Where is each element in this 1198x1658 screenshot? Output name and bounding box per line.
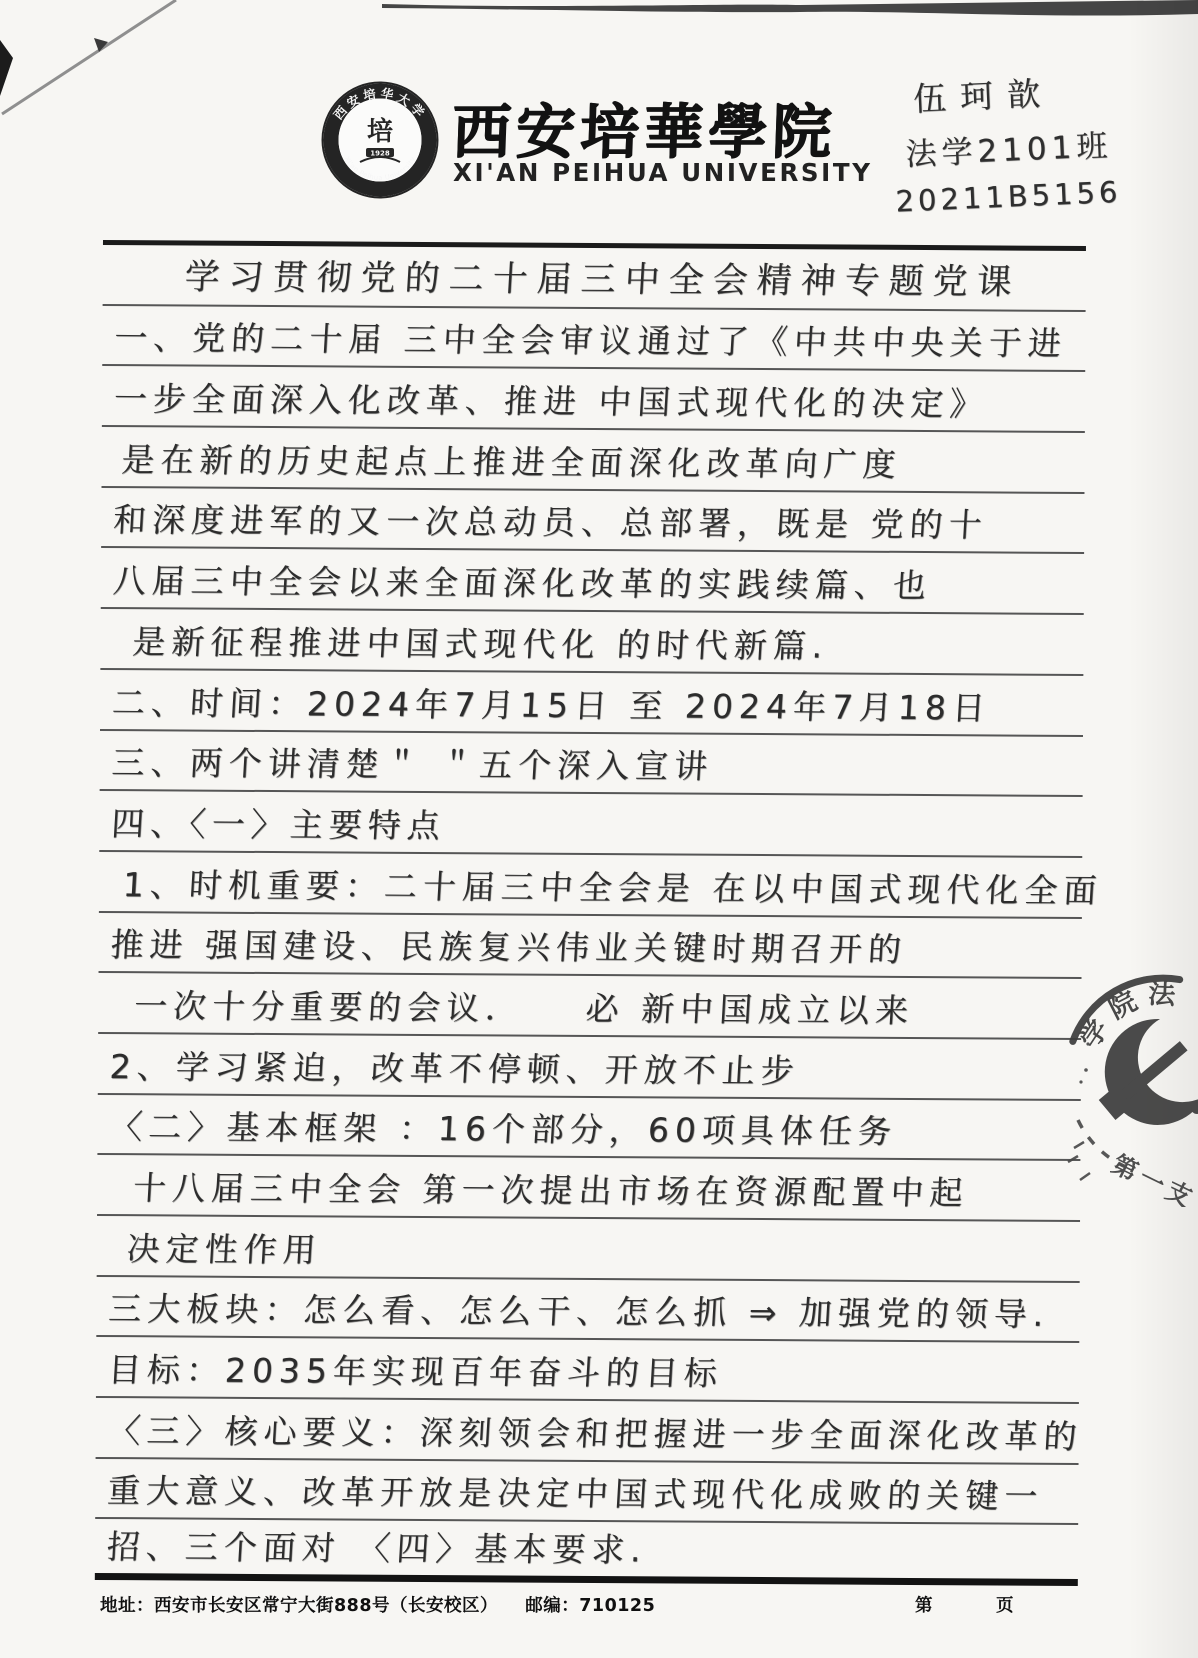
student-info-block: 伍珂歆 法学2101班 20211B5156: [890, 62, 1196, 219]
left-edge-mark: [0, 40, 13, 96]
stamp-bottom-text: 第一支: [1107, 1149, 1198, 1207]
note-line: 一次十分重要的会议． 必 新中国成立以来: [98, 973, 1081, 1040]
seal-center-glyph: 培: [367, 116, 393, 147]
note-line: 十八届三中全会 第一次提出市场在资源配置中起: [97, 1155, 1080, 1222]
note-line-text: 十八届三中全会 第一次提出市场在资源配置中起: [132, 1162, 970, 1214]
page-crease-line: [2, 0, 176, 114]
university-name-en: XI'AN PEIHUA UNIVERSITY: [453, 158, 873, 187]
university-seal-logo: 西安培华大学 Xi'an Peihua University 培 1928: [320, 80, 440, 200]
note-line: 〈三〉核心要义：深刻领会和把握进一步全面深化改革的: [96, 1398, 1079, 1465]
note-line: 〈二〉基本框架 ：16个部分，60项具体任务: [97, 1095, 1080, 1162]
hammer-sickle-icon: [1099, 1019, 1198, 1125]
page-number-label-first: 第: [915, 1592, 933, 1617]
note-line-text: 一次十分重要的会议． 必 新中国成立以来: [133, 980, 916, 1032]
note-line-text: 是新征程推进中国式现代化 的时代新篇.: [131, 616, 830, 667]
note-line: 是新征程推进中国式现代化 的时代新篇.: [100, 609, 1083, 676]
note-line: 和深度进军的又一次总动员、总部署，既是 党的十: [101, 488, 1084, 555]
note-line-text: 〈三〉核心要义：深刻领会和把握进一步全面深化改革的: [106, 1405, 1084, 1458]
note-line: 八届三中全会以来全面深化改革的实践续篇、也: [101, 548, 1084, 615]
note-line-text: 招、三个面对 〈四〉基本要求.: [106, 1521, 649, 1571]
note-line-text: 重大意义、改革开放是决定中国式现代化成败的关键一: [106, 1465, 1045, 1518]
note-line-text: 推进 强国建设、民族复兴伟业关键时期召开的: [109, 919, 908, 971]
note-line-text: 三大板块：怎么看、怎么干、怎么抓 ⇒ 加强党的领导.: [107, 1283, 1051, 1336]
footer-postal-label: 邮编：: [525, 1596, 579, 1616]
scan-right-shade: [1128, 0, 1198, 1658]
note-title: 学习贯彻党的二十届三中全会精神专题党课: [183, 249, 1022, 304]
footer-address-value: 西安市长安区常宁大街888号（长安校区）: [154, 1596, 498, 1616]
note-line-text: 三、两个讲清楚＂ ＂五个深入宣讲: [110, 737, 714, 788]
note-line-text: 决定性作用: [125, 1223, 323, 1271]
note-line: 目标：2035年实现百年奋斗的目标: [96, 1337, 1079, 1404]
note-line-text: 2、学习紧迫，改革不停顿、开放不止步: [109, 1041, 802, 1092]
note-line-text: 二、时间：2024年7月15日 至 2024年7月18日: [111, 677, 993, 729]
party-branch-stamp: 学院法 第一支: [1028, 952, 1198, 1207]
footer-postal-value: 710125: [579, 1596, 655, 1616]
note-line: 三大板块：怎么看、怎么干、怎么抓 ⇒ 加强党的领导.: [96, 1277, 1079, 1344]
note-line: 一步全面深入化改革、推进 中国式现代化的决定》: [102, 366, 1085, 433]
student-class: 法学2101班: [892, 116, 1194, 174]
note-line: 重大意义、改革开放是决定中国式现代化成败的关键一: [95, 1459, 1078, 1526]
note-line-text: 目标：2035年实现百年奋斗的目标: [107, 1344, 725, 1395]
scanned-document-page: 西安培华大学 Xi'an Peihua University 培 1928 西安…: [0, 0, 1198, 1658]
note-line: 三、两个讲清楚＂ ＂五个深入宣讲: [100, 730, 1083, 797]
university-name-cn: 西安培華學院: [451, 84, 838, 169]
note-title-row: 学习贯彻党的二十届三中全会精神专题党课: [103, 245, 1086, 312]
notes-area: 学习贯彻党的二十届三中全会精神专题党课 一、党的二十届 三中全会审议通过了《中共…: [95, 240, 1086, 1586]
note-line: 2、学习紧迫，改革不停顿、开放不止步: [98, 1034, 1081, 1101]
seal-year: 1928: [370, 150, 390, 158]
note-line-text: 〈二〉基本框架 ：16个部分，60项具体任务: [108, 1101, 898, 1153]
note-line-text: 一步全面深入化改革、推进 中国式现代化的决定》: [113, 373, 990, 425]
footer-address: 地址：西安市长安区常宁大街888号（长安校区） 邮编：710125: [100, 1592, 655, 1617]
page-number-label-page: 页: [996, 1592, 1014, 1617]
note-line-text: 一、党的二十届 三中全会审议通过了《中共中央关于进: [113, 312, 1068, 365]
note-line: 招、三个面对 〈四〉基本要求.: [95, 1519, 1078, 1586]
note-line: 是在新的历史起点上推进全面深化改革向广度: [101, 427, 1084, 494]
footer-address-label: 地址：: [100, 1596, 154, 1616]
note-line: 一、党的二十届 三中全会审议通过了《中共中央关于进: [102, 306, 1085, 373]
note-line: 推进 强国建设、民族复兴伟业关键时期召开的: [99, 913, 1082, 980]
note-line-text: 1、时机重要：二十届三中全会是 在以中国式现代化全面: [122, 859, 1104, 912]
note-line: 二、时间：2024年7月15日 至 2024年7月18日: [100, 670, 1083, 737]
student-id: 20211B5156: [895, 171, 1196, 218]
note-line-text: 四、〈一〉主要特点: [110, 798, 447, 847]
note-line-text: 和深度进军的又一次总动员、总部署，既是 党的十: [112, 495, 989, 547]
top-edge-shadow: [382, 0, 1198, 16]
note-line: 四、〈一〉主要特点: [99, 791, 1082, 858]
note-line-text: 是在新的历史起点上推进全面深化改革向广度: [120, 434, 903, 486]
note-line: 决定性作用: [97, 1216, 1080, 1283]
note-line-text: 八届三中全会以来全面深化改革的实践续篇、也: [112, 555, 934, 607]
note-line: 1、时机重要：二十届三中全会是 在以中国式现代化全面: [99, 852, 1082, 919]
